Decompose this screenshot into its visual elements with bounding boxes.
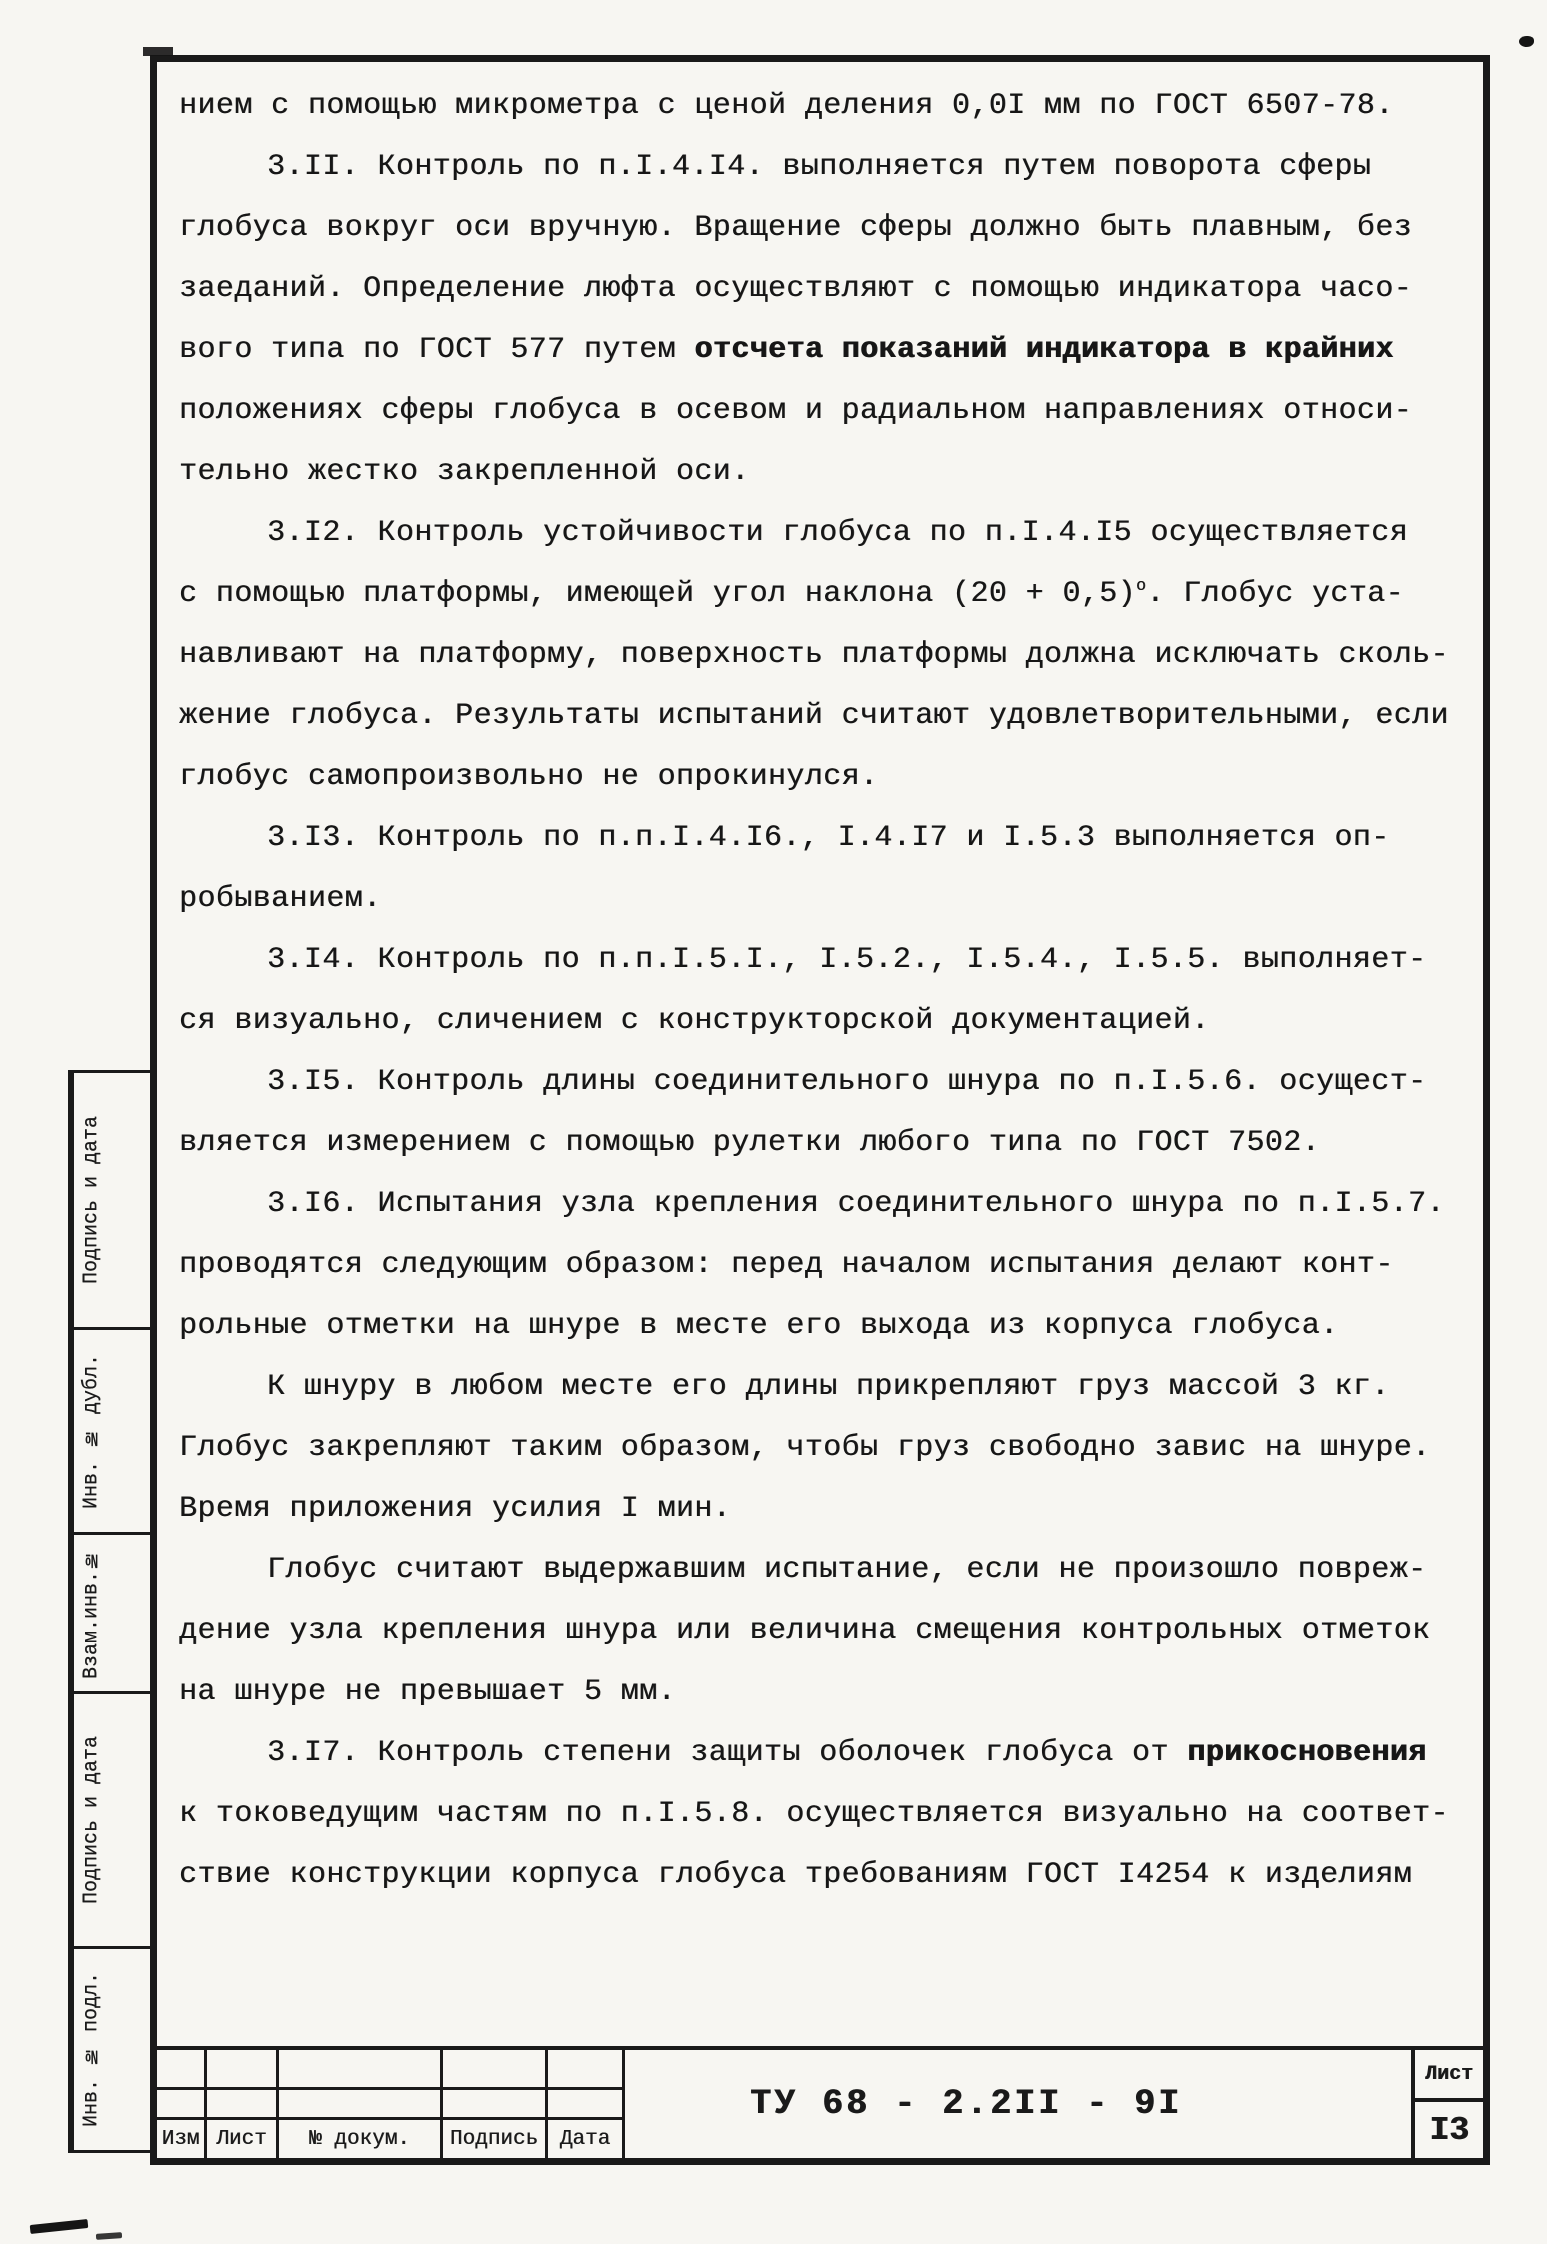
- text-line: 3.I3. Контроль по п.п.I.4.I6., I.4.I7 и …: [179, 808, 1477, 869]
- text-segment: жение глобуса. Результаты испытаний счит…: [179, 699, 1449, 733]
- text-line: 3.II. Контроль по п.I.4.I4. выполняется …: [179, 137, 1477, 198]
- margin-stamp-blank: [109, 1330, 154, 1532]
- text-line: ся визуально, сличением с конструкторско…: [179, 991, 1477, 1052]
- text-segment: на шнуре не превышает 5 мм.: [179, 1675, 676, 1709]
- margin-stamp-label: Взам.инв.№: [71, 1535, 109, 1691]
- column-header-data: Дата: [548, 2120, 625, 2158]
- text-line: 3.I7. Контроль степени защиты оболочек г…: [179, 1723, 1477, 1784]
- text-segment: отсчета показаний индикатора в крайних: [694, 333, 1393, 367]
- column-header-podpis: Подпись: [443, 2120, 548, 2158]
- text-line: Глобус считают выдержавшим испытание, ес…: [179, 1540, 1477, 1601]
- text-segment: 3.I4. Контроль по п.п.I.5.I., I.5.2., I.…: [267, 943, 1426, 977]
- margin-stamp-blank: [109, 1694, 154, 1946]
- doc-number-cell: ТУ 68 - 2.2II - 9I: [625, 2050, 1411, 2158]
- margin-stamp-column: Подпись и датаИнв. № дубл.Взам.инв.№Подп…: [68, 1070, 157, 2153]
- margin-stamp-box: Взам.инв.№: [68, 1532, 157, 1694]
- column-header-list: Лист: [207, 2120, 279, 2158]
- text-line: положениях сферы глобуса в осевом и ради…: [179, 381, 1477, 442]
- revision-cell: [157, 2050, 207, 2090]
- column-header-izm: Изм: [157, 2120, 207, 2158]
- text-line: 3.I2. Контроль устойчивости глобуса по п…: [179, 503, 1477, 564]
- text-segment: нием с помощью микрометра с ценой делени…: [179, 89, 1394, 123]
- scan-artifact: [96, 2232, 122, 2240]
- revision-cell: [443, 2090, 548, 2120]
- revision-cell: [548, 2050, 625, 2090]
- degree-superscript: о: [1136, 576, 1146, 595]
- text-line: 3.I4. Контроль по п.п.I.5.I., I.5.2., I.…: [179, 930, 1477, 991]
- revision-cell: [548, 2090, 625, 2120]
- margin-stamp-box: Подпись и дата: [68, 1070, 157, 1330]
- text-line: заеданий. Определение люфта осуществляют…: [179, 259, 1477, 320]
- margin-stamp-label: Инв. № дубл.: [71, 1330, 109, 1532]
- column-header-dokum: № докум.: [279, 2120, 443, 2158]
- text-segment: К шнуру в любом месте его длины прикрепл…: [267, 1370, 1390, 1404]
- text-segment: 3.I3. Контроль по п.п.I.4.I6., I.4.I7 и …: [267, 821, 1390, 855]
- text-segment: проводятся следующим образом: перед нача…: [179, 1248, 1394, 1282]
- drawing-frame: нием с помощью микрометра с ценой делени…: [150, 55, 1490, 2165]
- text-segment: 3.II. Контроль по п.I.4.I4. выполняется …: [267, 150, 1371, 184]
- text-line: дение узла крепления шнура или величина …: [179, 1601, 1477, 1662]
- text-line: на шнуре не превышает 5 мм.: [179, 1662, 1477, 1723]
- text-line: навливают на платформу, поверхность плат…: [179, 625, 1477, 686]
- margin-stamp-box: Подпись и дата: [68, 1691, 157, 1949]
- revision-cell: [207, 2090, 279, 2120]
- text-segment: тельно жестко закрепленной оси.: [179, 455, 750, 489]
- text-segment: . Глобус уста-: [1146, 577, 1404, 611]
- text-line: проводятся следующим образом: перед нача…: [179, 1235, 1477, 1296]
- text-segment: вого типа по ГОСТ 577 путем: [179, 333, 694, 367]
- text-segment: прикосновения: [1187, 1736, 1426, 1770]
- revision-cell: [279, 2090, 443, 2120]
- margin-stamp-box: Инв. № дубл.: [68, 1327, 157, 1535]
- text-line: тельно жестко закрепленной оси.: [179, 442, 1477, 503]
- doc-number: ТУ 68 - 2.2II - 9I: [750, 2084, 1182, 2124]
- text-segment: рольные отметки на шнуре в месте его вых…: [179, 1309, 1338, 1343]
- text-segment: глобуса вокруг оси вручную. Вращение сфе…: [179, 211, 1412, 245]
- text-segment: 3.I2. Контроль устойчивости глобуса по п…: [267, 516, 1408, 550]
- document-text-block: нием с помощью микрометра с ценой делени…: [157, 62, 1483, 1906]
- margin-stamp-label: Подпись и дата: [71, 1694, 109, 1946]
- text-segment: ся визуально, сличением с конструкторско…: [179, 1004, 1210, 1038]
- text-segment: положениях сферы глобуса в осевом и ради…: [179, 394, 1412, 428]
- scanned-document-page: нием с помощью микрометра с ценой делени…: [0, 0, 1547, 2244]
- text-line: вляется измерением с помощью рулетки люб…: [179, 1113, 1477, 1174]
- scan-artifact: [30, 2219, 89, 2234]
- text-segment: ствие конструкции корпуса глобуса требов…: [179, 1858, 1412, 1892]
- text-line: глобуса вокруг оси вручную. Вращение сфе…: [179, 198, 1477, 259]
- sheet-box: Лист I3: [1411, 2050, 1483, 2158]
- revision-cell: [207, 2050, 279, 2090]
- text-segment: к токоведущим частям по п.I.5.8. осущест…: [179, 1797, 1449, 1831]
- text-segment: Глобус закрепляют таким образом, чтобы г…: [179, 1431, 1430, 1465]
- text-segment: заеданий. Определение люфта осуществляют…: [179, 272, 1412, 306]
- text-segment: 3.I7. Контроль степени защиты оболочек г…: [267, 1736, 1187, 1770]
- text-line: жение глобуса. Результаты испытаний счит…: [179, 686, 1477, 747]
- text-line: Время приложения усилия I мин.: [179, 1479, 1477, 1540]
- text-line: глобус самопроизвольно не опрокинулся.: [179, 747, 1477, 808]
- margin-stamp-label: Инв. № подл.: [71, 1949, 109, 2150]
- margin-stamp-box: Инв. № подл.: [68, 1946, 157, 2153]
- text-line: 3.I5. Контроль длины соединительного шну…: [179, 1052, 1477, 1113]
- text-segment: вляется измерением с помощью рулетки люб…: [179, 1126, 1320, 1160]
- text-line: рольные отметки на шнуре в месте его вых…: [179, 1296, 1477, 1357]
- margin-stamp-blank: [109, 1073, 154, 1327]
- text-line: ствие конструкции корпуса глобуса требов…: [179, 1845, 1477, 1906]
- text-line: вого типа по ГОСТ 577 путем отсчета пока…: [179, 320, 1477, 381]
- text-line: робыванием.: [179, 869, 1477, 930]
- text-segment: дение узла крепления шнура или величина …: [179, 1614, 1430, 1648]
- text-segment: глобус самопроизвольно не опрокинулся.: [179, 760, 878, 794]
- title-block: Изм Лист № докум. Подпись Дата ТУ 68 - 2…: [157, 2046, 1483, 2158]
- revision-table: Изм Лист № докум. Подпись Дата: [157, 2050, 625, 2158]
- revision-cell: [443, 2050, 548, 2090]
- text-segment: 3.I5. Контроль длины соединительного шну…: [267, 1065, 1426, 1099]
- text-segment: робыванием.: [179, 882, 381, 916]
- revision-cell: [279, 2050, 443, 2090]
- sheet-label: Лист: [1415, 2050, 1483, 2102]
- text-line: 3.I6. Испытания узла крепления соедините…: [179, 1174, 1477, 1235]
- sheet-number: I3: [1415, 2102, 1483, 2158]
- scan-artifact: [143, 47, 173, 56]
- text-line: с помощью платформы, имеющей угол наклон…: [179, 564, 1477, 625]
- text-segment: навливают на платформу, поверхность плат…: [179, 638, 1449, 672]
- scan-artifact: [1519, 36, 1534, 47]
- margin-stamp-label: Подпись и дата: [71, 1073, 109, 1327]
- revision-cell: [157, 2090, 207, 2120]
- text-segment: Глобус считают выдержавшим испытание, ес…: [267, 1553, 1426, 1587]
- text-segment: 3.I6. Испытания узла крепления соедините…: [267, 1187, 1445, 1221]
- margin-stamp-blank: [109, 1535, 154, 1691]
- margin-stamp-blank: [109, 1949, 154, 2150]
- text-line: К шнуру в любом месте его длины прикрепл…: [179, 1357, 1477, 1418]
- text-line: Глобус закрепляют таким образом, чтобы г…: [179, 1418, 1477, 1479]
- text-segment: с помощью платформы, имеющей угол наклон…: [179, 577, 1136, 611]
- text-line: к токоведущим частям по п.I.5.8. осущест…: [179, 1784, 1477, 1845]
- text-line: нием с помощью микрометра с ценой делени…: [179, 76, 1477, 137]
- text-segment: Время приложения усилия I мин.: [179, 1492, 731, 1526]
